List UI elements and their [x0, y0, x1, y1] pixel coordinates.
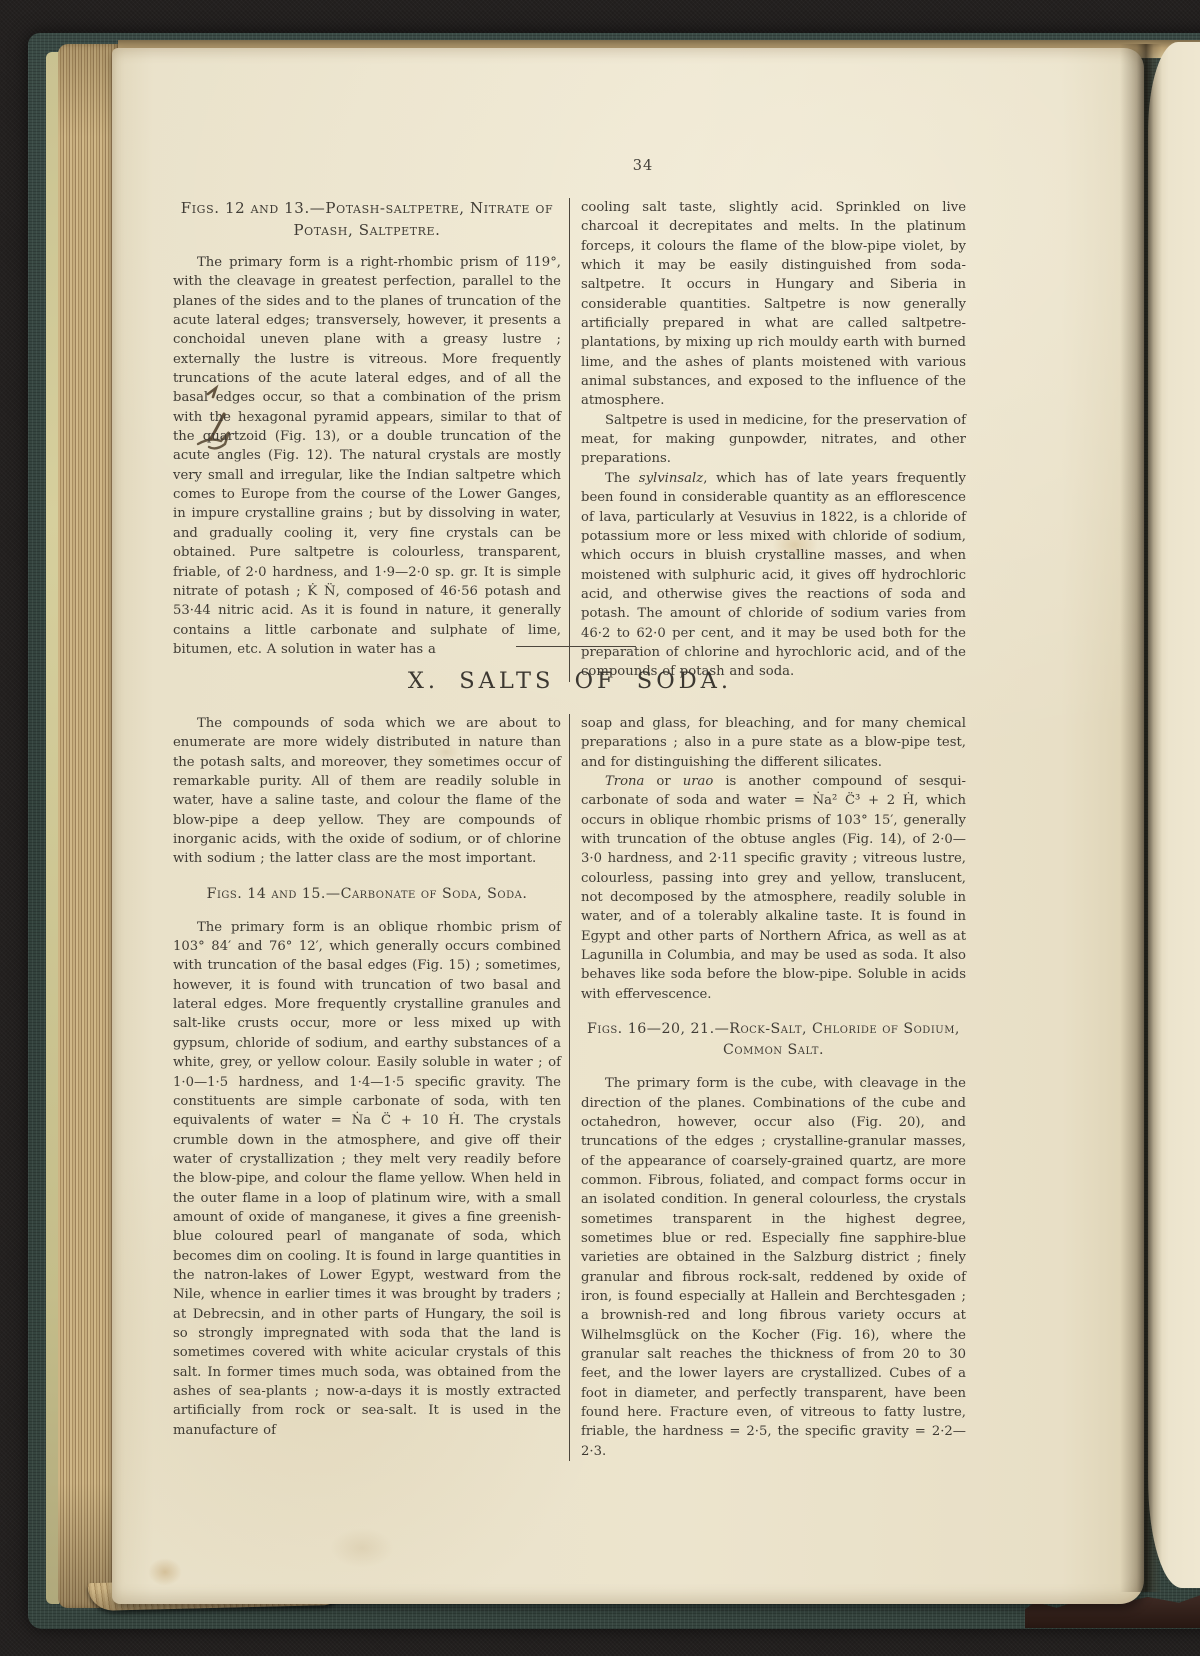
soda-continuation-paragraph: soap and glass, for bleaching, and for m…	[581, 714, 966, 772]
soda-intro-paragraph: The compounds of soda which we are about…	[173, 714, 561, 869]
saltpetre-paragraph-sylvinsalz: The sylvinsalz, which has of late years …	[581, 469, 966, 682]
rock-salt-heading: Figs. 16—20, 21.—Rock-Salt, Chloride of …	[583, 1019, 964, 1061]
soda-left-column: The compounds of soda which we are about…	[173, 714, 561, 1461]
next-page-sliver	[1148, 42, 1200, 1588]
soda-right-column: soap and glass, for bleaching, and for m…	[569, 714, 966, 1461]
section-saltpetre: Figs. 12 and 13.—Potash-saltpetre, Nitra…	[173, 198, 967, 682]
page-number: 34	[612, 158, 674, 174]
carbonate-of-soda-paragraph: The primary form is an oblique rhombic p…	[173, 918, 561, 1440]
saltpetre-figure-heading: Figs. 12 and 13.—Potash-saltpetre, Nitra…	[179, 198, 555, 241]
saltpetre-left-column: Figs. 12 and 13.—Potash-saltpetre, Nitra…	[173, 198, 561, 682]
trona-paragraph: Trona or urao is another compound of ses…	[581, 772, 966, 1004]
section-divider-rule	[516, 646, 636, 647]
page-fore-edge-stack	[58, 44, 120, 1608]
section-salts-of-soda: The compounds of soda which we are about…	[173, 714, 967, 1461]
saltpetre-paragraph: Saltpetre is used in medicine, for the p…	[581, 411, 966, 469]
chapter-heading: X. SALTS OF SODA.	[173, 668, 967, 694]
saltpetre-paragraph: The primary form is a right-rhombic pris…	[173, 253, 561, 659]
saltpetre-right-column: cooling salt taste, slightly acid. Sprin…	[569, 198, 966, 682]
book-scan-scene: 34 Figs. 12 and 13.—Potash-saltpetre, Ni…	[0, 0, 1200, 1656]
carbonate-of-soda-heading: Figs. 14 and 15.—Carbonate of Soda, Soda…	[175, 884, 559, 905]
rock-salt-paragraph: The primary form is the cube, with cleav…	[581, 1074, 966, 1461]
saltpetre-paragraph: cooling salt taste, slightly acid. Sprin…	[581, 198, 966, 411]
